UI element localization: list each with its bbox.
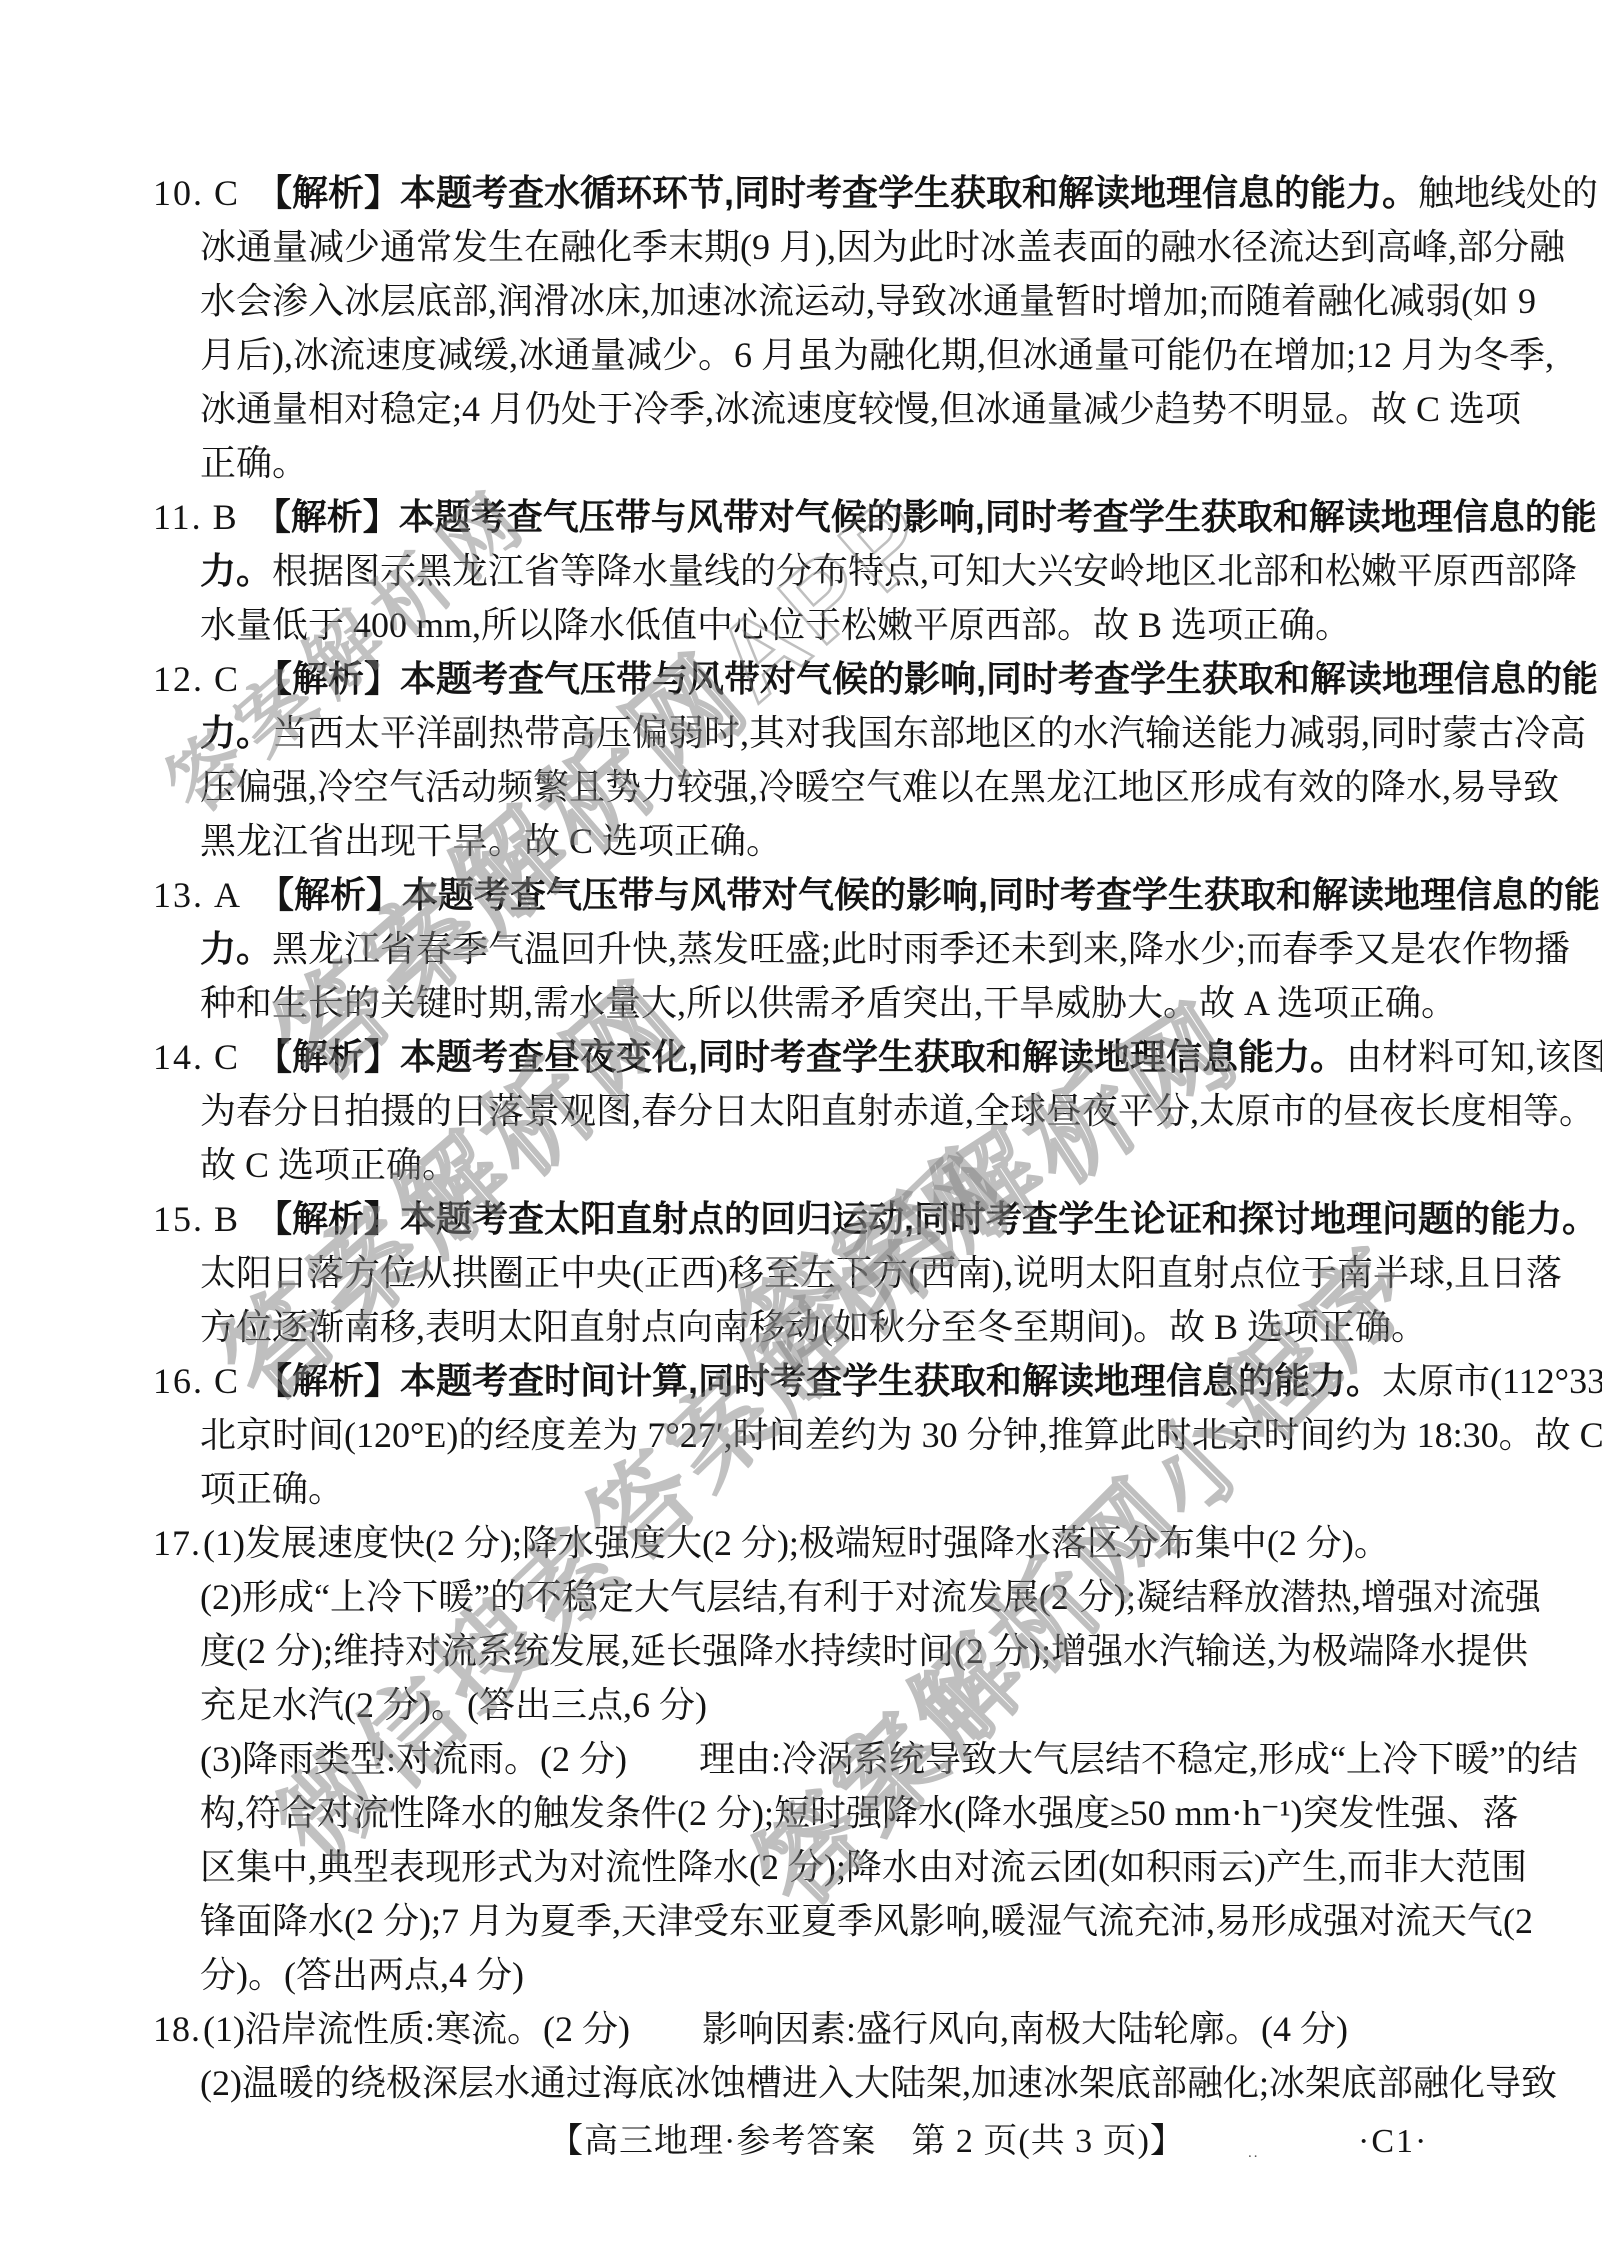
- text-line: 月后),冰流速度减缓,冰通量减少。6 月虽为融化期,但冰通量可能仍在增加;12 …: [200, 328, 1602, 382]
- question-number: 18.: [153, 2009, 201, 2049]
- text-segment: 度(2 分);维持对流系统发展,延长强降水持续时间(2 分);增强水汽输送,为极…: [200, 1631, 1528, 1671]
- text-line: 冰通量减少通常发生在融化季末期(9 月),因为此时冰盖表面的融水径流达到高峰,部…: [200, 220, 1602, 274]
- footer-caption: 【高三地理·参考答案 第 2 页(共 3 页)】: [549, 2118, 1185, 2166]
- answer-letter: A: [214, 875, 240, 915]
- text-line: (2)形成“上冷下暖”的不稳定大气层结,有利于对流发展(2 分);凝结释放潜热,…: [200, 1570, 1602, 1624]
- text-line: 力。根据图示黑龙江省等降水量线的分布特点,可知大兴安岭地区北部和松嫩平原西部降: [200, 544, 1602, 598]
- text-line: 水量低于 400 mm,所以降水低值中心位于松嫩平原西部。故 B 选项正确。: [200, 598, 1602, 652]
- answer-item: 14.C【解析】本题考查昼夜变化,同时考查学生获取和解读地理信息能力。由材料可知…: [0, 1030, 1602, 1192]
- text-line: 力。黑龙江省春季气温回升快,蒸发旺盛;此时雨季还未到来,降水少;而春季又是农作物…: [200, 922, 1602, 976]
- text-segment: 为春分日拍摄的日落景观图,春分日太阳直射赤道,全球昼夜平分,太原市的昼夜长度相等…: [200, 1091, 1595, 1131]
- text-segment: 太阳日落方位从拱圈正中央(正西)移至左下方(西南),说明太阳直射点位于南半球,且…: [200, 1253, 1562, 1293]
- text-segment: 水会渗入冰层底部,润滑冰床,加速冰流运动,导致冰通量暂时增加;而随着融化减弱(如…: [200, 281, 1536, 321]
- text-segment: 构,符合对流性降水的触发条件(2 分);短时强降水(降水强度≥50 mm·h⁻¹…: [200, 1793, 1519, 1833]
- answer-list: 10.C【解析】本题考查水循环环节,同时考查学生获取和解读地理信息的能力。触地线…: [0, 166, 1602, 2110]
- text-segment: 压偏强,冷空气活动频繁且势力较强,冷暖空气难以在黑龙江地区形成有效的降水,易导致: [200, 767, 1559, 807]
- text-segment: 水量低于 400 mm,所以降水低值中心位于松嫩平原西部。故 B 选项正确。: [200, 605, 1351, 645]
- text-line: 力。当西太平洋副热带高压偏弱时,其对我国东部地区的水汽输送能力减弱,同时蒙古冷高: [200, 706, 1602, 760]
- text-line: 10.C【解析】本题考查水循环环节,同时考查学生获取和解读地理信息的能力。触地线…: [153, 166, 1602, 220]
- document-page: 10.C【解析】本题考查水循环环节,同时考查学生获取和解读地理信息的能力。触地线…: [0, 0, 1602, 2251]
- text-segment: 【解析】本题考查气压带与风带对气候的影响,同时考查学生获取和解读地理信息的能: [258, 874, 1600, 915]
- text-line: (3)降雨类型:对流雨。(2 分) 理由:冷涡系统导致大气层结不稳定,形成“上冷…: [200, 1732, 1602, 1786]
- text-segment: 黑龙江省春季气温回升快,蒸发旺盛;此时雨季还未到来,降水少;而春季又是农作物播: [272, 929, 1570, 969]
- text-segment: 触地线处的: [1418, 173, 1598, 213]
- text-segment: 故 C 选项正确。: [200, 1145, 458, 1185]
- text-line: 区集中,典型表现形式为对流性降水(2 分);降水由对流云团(如积雨云)产生,而非…: [200, 1840, 1602, 1894]
- question-number: 12.: [153, 659, 204, 699]
- scan-artifact: ..: [1248, 2146, 1260, 2161]
- text-segment: (2)温暖的绕极深层水通过海底冰蚀槽进入大陆架,加速冰架底部融化;冰架底部融化导…: [200, 2063, 1557, 2103]
- text-segment: 力。: [200, 928, 272, 969]
- text-line: 种和生长的关键时期,需水量大,所以供需矛盾突出,干旱威胁大。故 A 选项正确。: [200, 976, 1602, 1030]
- question-number: 15.: [153, 1199, 204, 1239]
- answer-letter: C: [214, 659, 238, 699]
- text-line: 锋面降水(2 分);7 月为夏季,天津受东亚夏季风影响,暖湿气流充沛,易形成强对…: [200, 1894, 1602, 1948]
- text-line: 压偏强,冷空气活动频繁且势力较强,冷暖空气难以在黑龙江地区形成有效的降水,易导致: [200, 760, 1602, 814]
- text-segment: 黑龙江省出现干旱。故 C 选项正确。: [200, 821, 782, 861]
- text-line: 冰通量相对稳定;4 月仍处于冷季,冰流速度较慢,但冰通量减少趋势不明显。故 C …: [200, 382, 1602, 436]
- text-line: 充足水汽(2 分)。(答出三点,6 分): [200, 1678, 1602, 1732]
- paper-code: ·C1·: [1358, 2118, 1428, 2166]
- text-segment: 月后),冰流速度减缓,冰通量减少。6 月虽为融化期,但冰通量可能仍在增加;12 …: [200, 335, 1554, 375]
- answer-item: 17.(1)发展速度快(2 分);降水强度大(2 分);极端短时强降水落区分布集…: [0, 1516, 1602, 2002]
- text-line: 正确。: [200, 436, 1602, 490]
- text-line: 18.(1)沿岸流性质:寒流。(2 分) 影响因素:盛行风向,南极大陆轮廓。(4…: [153, 2002, 1602, 2056]
- text-segment: 方位逐渐南移,表明太阳直射点向南移动(如秋分至冬至期间)。故 B 选项正确。: [200, 1307, 1427, 1347]
- text-line: 黑龙江省出现干旱。故 C 选项正确。: [200, 814, 1602, 868]
- text-segment: 【解析】本题考查水循环环节,同时考查学生获取和解读地理信息的能力。: [256, 172, 1418, 213]
- text-line: 方位逐渐南移,表明太阳直射点向南移动(如秋分至冬至期间)。故 B 选项正确。: [200, 1300, 1602, 1354]
- answer-item: 15.B【解析】本题考查太阳直射点的回归运动,同时考查学生论证和探讨地理问题的能…: [0, 1192, 1602, 1354]
- text-segment: 根据图示黑龙江省等降水量线的分布特点,可知大兴安岭地区北部和松嫩平原西部降: [272, 551, 1577, 591]
- question-number: 13.: [153, 875, 204, 915]
- text-line: 15.B【解析】本题考查太阳直射点的回归运动,同时考查学生论证和探讨地理问题的能…: [153, 1192, 1602, 1246]
- text-segment: 力。: [200, 550, 272, 591]
- text-segment: 区集中,典型表现形式为对流性降水(2 分);降水由对流云团(如积雨云)产生,而非…: [200, 1847, 1527, 1887]
- text-segment: (1)沿岸流性质:寒流。(2 分) 影响因素:盛行风向,南极大陆轮廓。(4 分): [203, 2009, 1348, 2049]
- text-line: 为春分日拍摄的日落景观图,春分日太阳直射赤道,全球昼夜平分,太原市的昼夜长度相等…: [200, 1084, 1602, 1138]
- question-number: 17.: [153, 1523, 201, 1563]
- answer-item: 13.A【解析】本题考查气压带与风带对气候的影响,同时考查学生获取和解读地理信息…: [0, 868, 1602, 1030]
- text-segment: 【解析】本题考查气压带与风带对气候的影响,同时考查学生获取和解读地理信息的能: [255, 496, 1597, 537]
- question-number: 11.: [153, 497, 203, 537]
- answer-item: 12.C【解析】本题考查气压带与风带对气候的影响,同时考查学生获取和解读地理信息…: [0, 652, 1602, 868]
- answer-item: 10.C【解析】本题考查水循环环节,同时考查学生获取和解读地理信息的能力。触地线…: [0, 166, 1602, 490]
- text-segment: (3)降雨类型:对流雨。(2 分) 理由:冷涡系统导致大气层结不稳定,形成“上冷…: [200, 1739, 1578, 1779]
- text-segment: 种和生长的关键时期,需水量大,所以供需矛盾突出,干旱威胁大。故 A 选项正确。: [200, 983, 1457, 1023]
- answer-letter: C: [214, 1361, 238, 1401]
- text-segment: (1)发展速度快(2 分);降水强度大(2 分);极端短时强降水落区分布集中(2…: [203, 1523, 1390, 1563]
- text-segment: 太原市(112°33′E)与: [1382, 1361, 1602, 1401]
- text-line: (2)温暖的绕极深层水通过海底冰蚀槽进入大陆架,加速冰架底部融化;冰架底部融化导…: [200, 2056, 1602, 2110]
- text-segment: 【解析】本题考查太阳直射点的回归运动,同时考查学生论证和探讨地理问题的能力。: [256, 1198, 1598, 1239]
- answer-letter: B: [214, 1199, 238, 1239]
- text-line: 度(2 分);维持对流系统发展,延长强降水持续时间(2 分);增强水汽输送,为极…: [200, 1624, 1602, 1678]
- text-line: 北京时间(120°E)的经度差为 7°27′,时间差约为 30 分钟,推算此时北…: [200, 1408, 1602, 1462]
- text-segment: 项正确。: [200, 1469, 344, 1509]
- question-number: 10.: [153, 173, 204, 213]
- text-segment: 【解析】本题考查昼夜变化,同时考查学生获取和解读地理信息能力。: [256, 1036, 1346, 1077]
- answer-item: 16.C【解析】本题考查时间计算,同时考查学生获取和解读地理信息的能力。太原市(…: [0, 1354, 1602, 1516]
- text-line: 13.A【解析】本题考查气压带与风带对气候的影响,同时考查学生获取和解读地理信息…: [153, 868, 1602, 922]
- answer-item: 11.B【解析】本题考查气压带与风带对气候的影响,同时考查学生获取和解读地理信息…: [0, 490, 1602, 652]
- text-line: 17.(1)发展速度快(2 分);降水强度大(2 分);极端短时强降水落区分布集…: [153, 1516, 1602, 1570]
- text-segment: 冰通量相对稳定;4 月仍处于冷季,冰流速度较慢,但冰通量减少趋势不明显。故 C …: [200, 389, 1521, 429]
- text-line: 分)。(答出两点,4 分): [200, 1948, 1602, 2002]
- text-line: 构,符合对流性降水的触发条件(2 分);短时强降水(降水强度≥50 mm·h⁻¹…: [200, 1786, 1602, 1840]
- text-segment: 【解析】本题考查时间计算,同时考查学生获取和解读地理信息的能力。: [256, 1360, 1382, 1401]
- text-segment: 冰通量减少通常发生在融化季末期(9 月),因为此时冰盖表面的融水径流达到高峰,部…: [200, 227, 1565, 267]
- text-segment: 北京时间(120°E)的经度差为 7°27′,时间差约为 30 分钟,推算此时北…: [200, 1415, 1602, 1455]
- question-number: 16.: [153, 1361, 204, 1401]
- text-line: 16.C【解析】本题考查时间计算,同时考查学生获取和解读地理信息的能力。太原市(…: [153, 1354, 1602, 1408]
- text-line: 11.B【解析】本题考查气压带与风带对气候的影响,同时考查学生获取和解读地理信息…: [153, 490, 1602, 544]
- text-line: 14.C【解析】本题考查昼夜变化,同时考查学生获取和解读地理信息能力。由材料可知…: [153, 1030, 1602, 1084]
- question-number: 14.: [153, 1037, 204, 1077]
- text-segment: (2)形成“上冷下暖”的不稳定大气层结,有利于对流发展(2 分);凝结释放潜热,…: [200, 1577, 1541, 1617]
- text-segment: 正确。: [200, 443, 308, 483]
- text-segment: 力。: [200, 712, 272, 753]
- text-line: 故 C 选项正确。: [200, 1138, 1602, 1192]
- text-line: 项正确。: [200, 1462, 1602, 1516]
- text-segment: 充足水汽(2 分)。(答出三点,6 分): [200, 1685, 707, 1725]
- answer-item: 18.(1)沿岸流性质:寒流。(2 分) 影响因素:盛行风向,南极大陆轮廓。(4…: [0, 2002, 1602, 2110]
- answer-letter: B: [213, 497, 237, 537]
- page-footer: 【高三地理·参考答案 第 2 页(共 3 页)】 .. ·C1·: [0, 2118, 1602, 2188]
- answer-letter: C: [214, 1037, 238, 1077]
- text-segment: 由材料可知,该图: [1346, 1037, 1602, 1077]
- text-segment: 【解析】本题考查气压带与风带对气候的影响,同时考查学生获取和解读地理信息的能: [256, 658, 1598, 699]
- text-segment: 锋面降水(2 分);7 月为夏季,天津受东亚夏季风影响,暖湿气流充沛,易形成强对…: [200, 1901, 1533, 1941]
- text-segment: 当西太平洋副热带高压偏弱时,其对我国东部地区的水汽输送能力减弱,同时蒙古冷高: [272, 713, 1586, 753]
- text-line: 12.C【解析】本题考查气压带与风带对气候的影响,同时考查学生获取和解读地理信息…: [153, 652, 1602, 706]
- text-segment: 分)。(答出两点,4 分): [200, 1955, 524, 1995]
- answer-letter: C: [214, 173, 238, 213]
- text-line: 水会渗入冰层底部,润滑冰床,加速冰流运动,导致冰通量暂时增加;而随着融化减弱(如…: [200, 274, 1602, 328]
- text-line: 太阳日落方位从拱圈正中央(正西)移至左下方(西南),说明太阳直射点位于南半球,且…: [200, 1246, 1602, 1300]
